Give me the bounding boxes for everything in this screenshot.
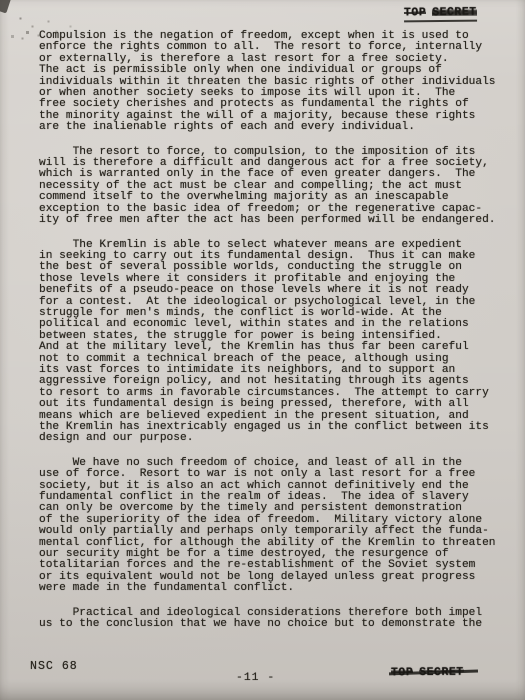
stamp-word-secret: SECRET (432, 6, 477, 19)
document-id: NSC 68 (30, 660, 78, 673)
document-page: TOPSECRET Compulsion is the negation of … (0, 0, 525, 700)
stamp-word-top: TOP (404, 6, 426, 19)
paragraph-freedom-of-choice: We have no such freedom of choice, and l… (39, 458, 509, 595)
document-body: Compulsion is the negation of freedom, e… (39, 31, 509, 644)
paragraph-compulsion: Compulsion is the negation of freedom, e… (39, 31, 509, 134)
paragraph-practical-considerations: Practical and ideological considerations… (39, 608, 509, 631)
corner-smudge (0, 0, 11, 13)
page-number: -11 - (236, 672, 275, 684)
stamp-word-top: TOP (391, 666, 413, 679)
paragraph-kremlin-means: The Kremlin is able to select whatever m… (39, 240, 509, 445)
pencil-speckles (18, 12, 19, 13)
paragraph-resort-to-force: The resort to force, to compulsion, to t… (39, 147, 509, 227)
classification-stamp-top: TOPSECRET (404, 6, 477, 23)
classification-stamp-bottom: TOPSECRET (391, 666, 464, 680)
stamp-word-secret: SECRET (419, 666, 464, 679)
